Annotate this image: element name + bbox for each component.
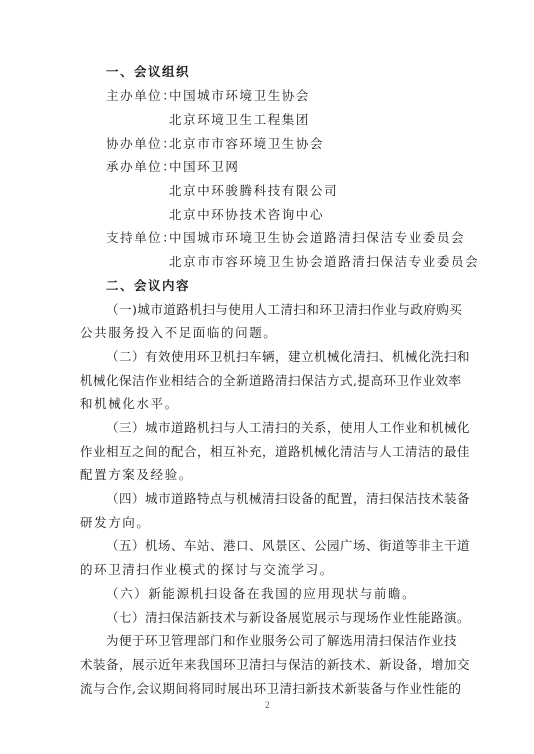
label-co-organizer: 协办单位： <box>106 136 177 152</box>
item-2-line-1: （二）有效使用环卫机扫车辆，建立机械化清扫、机械化洗扫和 <box>106 349 456 365</box>
item-4-line-1: （四）城市道路特点与机械清扫设备的配置，清扫保洁技术装备 <box>106 491 456 507</box>
section-heading-content: 二、会议内容 <box>106 278 190 294</box>
label-host: 主办单位： <box>106 88 177 104</box>
item-5-line-1: （五）机场、车站、港口、风景区、公园广场、街道等非主干道 <box>106 538 456 554</box>
item-1-line-2: 公共服务投入不足面临的问题。 <box>80 325 277 341</box>
page-number: 2 <box>265 700 270 710</box>
item-2-line-3: 和机械化水平。 <box>80 396 179 412</box>
item-6-line-1: （六）新能源机扫设备在我国的应用现状与前瞻。 <box>106 586 416 602</box>
co-organizer-1: 北京市市容环境卫生协会 <box>169 136 324 152</box>
item-3-line-2: 作业相互之间的配合，相互补充，道路机械化清洁与人工清洁的最佳 <box>80 444 456 460</box>
paragraph-line-3: 流与合作,会议期间将同时展出环卫清扫新技术新装备与作业性能的 <box>80 681 456 697</box>
supporter-1: 中国城市环境卫生协会道路清扫保洁专业委员会 <box>169 230 465 246</box>
document-page: 一、会议组织 主办单位： 中国城市环境卫生协会 北京环境卫生工程集团 协办单位：… <box>0 0 534 754</box>
item-5-line-2: 的环卫清扫作业模式的探讨与交流学习。 <box>80 562 334 578</box>
item-3-line-1: （三）城市道路机扫与人工清扫的关系，使用人工作业和机械化 <box>106 420 456 436</box>
host-org-1: 中国城市环境卫生协会 <box>169 88 310 104</box>
item-3-line-3: 配置方案及经验。 <box>80 467 193 483</box>
item-2-line-2: 机械化保洁作业相结合的全新道路清扫保洁方式,提高环卫作业效率 <box>80 373 456 389</box>
supporter-2: 北京市市容环境卫生协会道路清扫保洁专业委员会 <box>169 254 479 270</box>
host-org-2: 北京环境卫生工程集团 <box>169 112 310 128</box>
paragraph-line-2: 术装备，展示近年来我国环卫清扫与保洁的新技术、新设备，增加交 <box>80 657 456 673</box>
item-1-line-1: （一)城市道路机扫与使用人工清扫和环卫清扫作业与政府购买 <box>106 302 456 318</box>
organizer-2: 北京中环骏腾科技有限公司 <box>169 183 338 199</box>
paragraph-line-1: 为便于环卫管理部门和作业服务公司了解选用清扫保洁作业技 <box>106 633 456 649</box>
label-supporter: 支持单位： <box>106 230 177 246</box>
item-4-line-2: 研发方向。 <box>80 515 151 531</box>
organizer-3: 北京中环协技术咨询中心 <box>169 207 324 223</box>
label-organizer: 承办单位： <box>106 159 177 175</box>
item-7-line-1: （七）清扫保洁新技术与新设备展览展示与现场作业性能路演。 <box>106 610 456 626</box>
organizer-1: 中国环卫网 <box>169 159 240 175</box>
section-heading-organization: 一、会议组织 <box>106 64 190 80</box>
